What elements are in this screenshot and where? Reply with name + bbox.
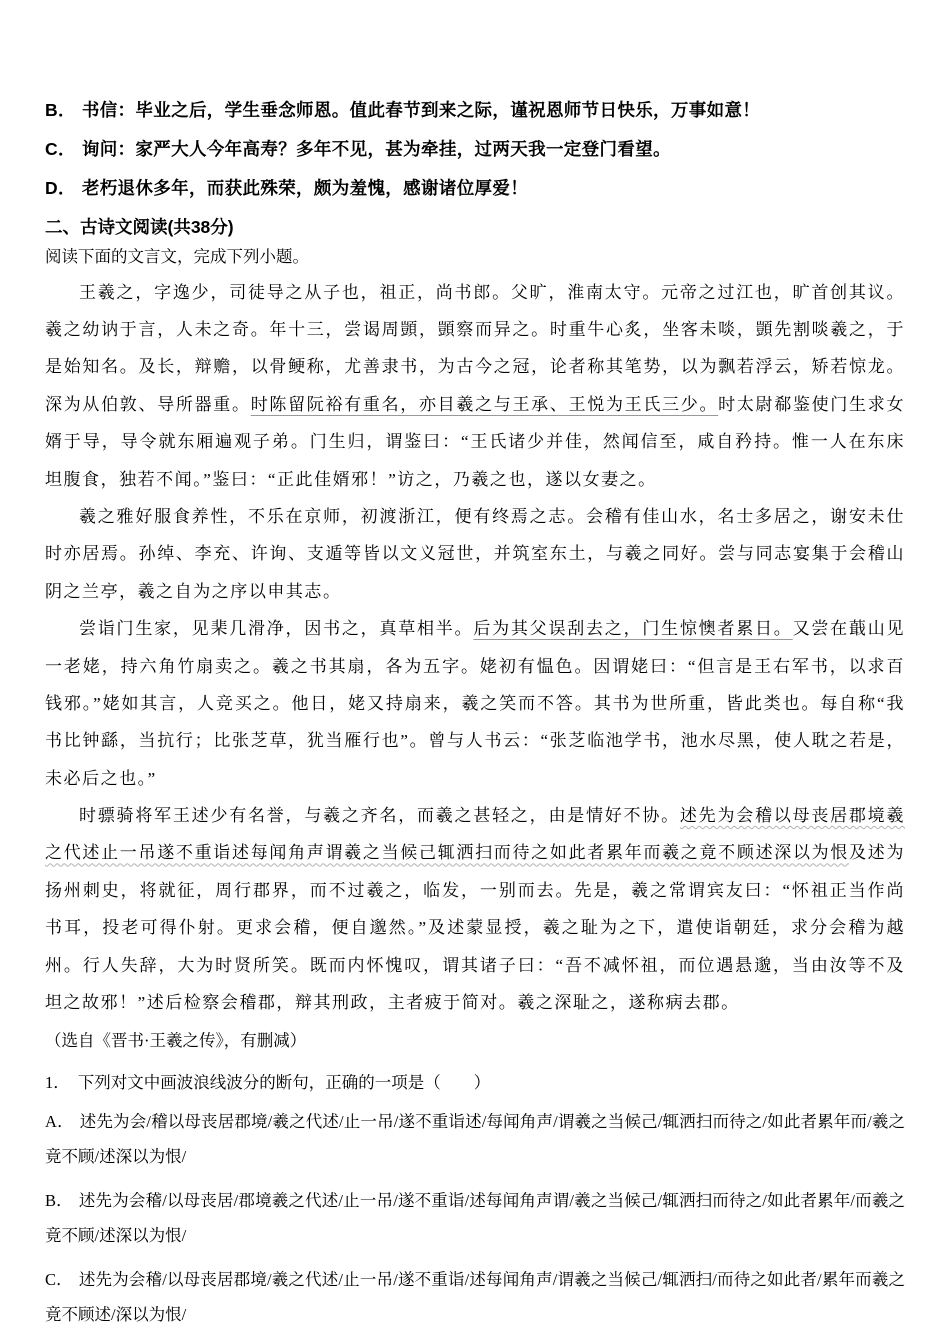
passage-segment: 又尝在蕺山见一老姥，持六角竹扇卖之。羲之书其扇，各为五字。姥初有愠色。因谓姥曰：… — [45, 619, 905, 788]
option-text: 述先为会稽/以母丧居/郡境羲之代述/止一吊/遂不重诣/述每闻角声谓/羲之当候己/… — [45, 1191, 905, 1245]
passage-segment: 及述为扬州刺史，将就征，周行郡界，而不过羲之，临发，一别而去。先是，羲之常谓宾友… — [45, 843, 905, 1012]
question-1: 1．下列对文中画波浪线波分的断句，正确的一项是（ ） A．述先为会/稽以母丧居郡… — [45, 1068, 905, 1333]
answer-option-d: D．老朽退休多年，而获此殊荣，颇为羞愧，感谢诸位厚爱！ — [45, 178, 905, 198]
passage-segment: 羲之雅好服食养性，不乐在京师，初渡浙江，便有终焉之志。会稽有佳山水，名士多居之，… — [45, 507, 905, 601]
option-text: 询问：家严大人今年高寿？多年不见，甚为牵挂，过两天我一定登门看望。 — [82, 139, 671, 159]
passage-segment: 尝诣门生家，见棐几滑净，因书之，真草相半。 — [79, 619, 473, 638]
passage-segment-underlined: 时陈留阮裕有重名，亦目羲之与王承、王悦为王氏三少。 — [251, 395, 718, 414]
option-text: 老朽退休多年，而获此殊荣，颇为羞愧，感谢诸位厚爱！ — [82, 178, 528, 198]
option-text: 书信：毕业之后，学生垂念师恩。值此春节到来之际，谨祝恩师节日快乐，万事如意！ — [82, 100, 760, 120]
question-option-b: B．述先为会稽/以母丧居/郡境羲之代述/止一吊/遂不重诣/述每闻角声谓/羲之当候… — [45, 1183, 905, 1254]
question-stem: 1．下列对文中画波浪线波分的断句，正确的一项是（ ） — [45, 1068, 905, 1098]
passage-segment: 时骠骑将军王述少有名誉，与羲之齐名，而羲之甚轻之，由是情好不协。 — [79, 806, 680, 825]
option-label: B． — [45, 1191, 73, 1210]
section-header: 二、古诗文阅读(共38分) — [45, 217, 905, 237]
option-label: D． — [45, 178, 76, 198]
passage-segment-underlined: 后为其父误刮去之，门生惊懊者累日。 — [473, 619, 792, 638]
source-attribution: （选自《晋书·王羲之传》，有删减） — [45, 1029, 905, 1054]
option-label: C． — [45, 1270, 73, 1289]
passage-paragraph-3: 尝诣门生家，见棐几滑净，因书之，真草相半。后为其父误刮去之，门生惊懊者累日。又尝… — [45, 610, 905, 797]
option-label: C． — [45, 139, 76, 159]
question-number: 1． — [45, 1073, 70, 1092]
question-option-a: A．述先为会/稽以母丧居郡境/羲之代述/止一吊/遂不重诣述/每闻角声/谓羲之当候… — [45, 1104, 905, 1175]
passage-paragraph-4: 时骠骑将军王述少有名誉，与羲之齐名，而羲之甚轻之，由是情好不协。述先为会稽以母丧… — [45, 797, 905, 1021]
exam-page: B．书信：毕业之后，学生垂念师恩。值此春节到来之际，谨祝恩师节日快乐，万事如意！… — [0, 0, 950, 1344]
option-text: 述先为会稽/以母丧居郡境/羲之代述/止一吊/遂不重诣/述每闻角声/谓羲之当候己/… — [45, 1270, 905, 1324]
passage-paragraph-2: 羲之雅好服食养性，不乐在京师，初渡浙江，便有终焉之志。会稽有佳山水，名士多居之，… — [45, 498, 905, 610]
answer-option-c: C．询问：家严大人今年高寿？多年不见，甚为牵挂，过两天我一定登门看望。 — [45, 139, 905, 159]
option-label: A． — [45, 1112, 74, 1131]
question-option-c: C．述先为会稽/以母丧居郡境/羲之代述/止一吊/遂不重诣/述每闻角声/谓羲之当候… — [45, 1262, 905, 1333]
option-label: B． — [45, 100, 76, 120]
section-instruction: 阅读下面的文言文，完成下列小题。 — [45, 245, 905, 268]
answer-option-b: B．书信：毕业之后，学生垂念师恩。值此春节到来之际，谨祝恩师节日快乐，万事如意！ — [45, 100, 905, 120]
passage-paragraph-1: 王羲之，字逸少，司徒导之从子也，祖正，尚书郎。父旷，淮南太守。元帝之过江也，旷首… — [45, 274, 905, 498]
classical-passage: 王羲之，字逸少，司徒导之从子也，祖正，尚书郎。父旷，淮南太守。元帝之过江也，旷首… — [45, 274, 905, 1022]
option-text: 述先为会/稽以母丧居郡境/羲之代述/止一吊/遂不重诣述/每闻角声/谓羲之当候己/… — [45, 1112, 905, 1166]
question-text: 下列对文中画波浪线波分的断句，正确的一项是（ ） — [78, 1073, 491, 1092]
